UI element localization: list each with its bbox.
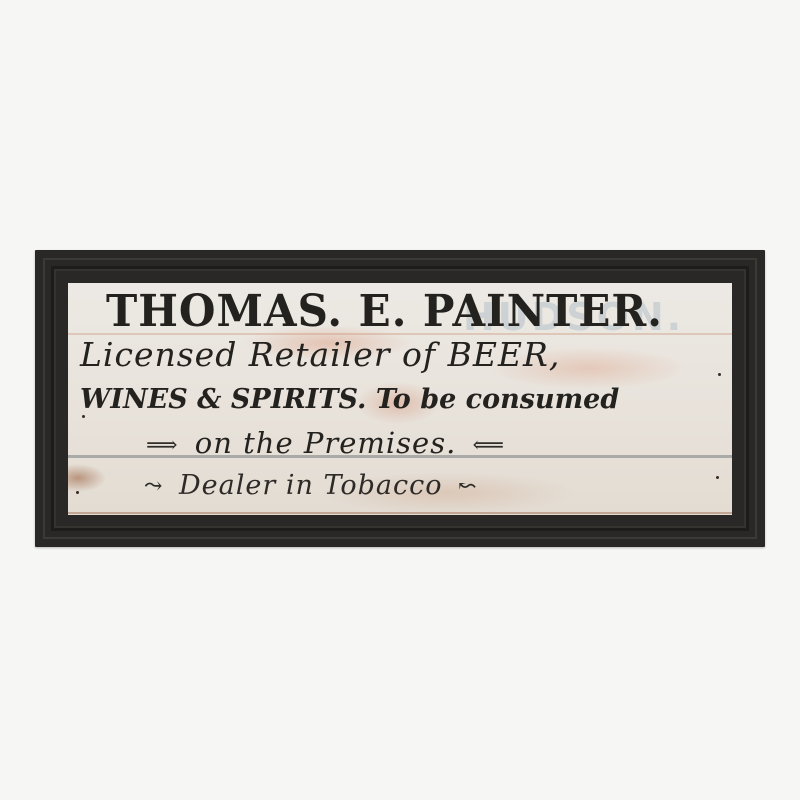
sign-line-premises: ⟹ on the Premises. ⟸ (140, 426, 511, 460)
nail-hole (716, 476, 719, 479)
arrow-flourish-left-icon: ⟹ (146, 433, 179, 458)
plank-seam (68, 512, 732, 514)
scroll-flourish-left-icon: ⤳ (144, 474, 163, 499)
nail-hole (82, 415, 85, 418)
nail-hole (718, 373, 721, 376)
arrow-flourish-right-icon: ⟸ (473, 433, 506, 458)
painted-sign-panel: HUDSON. THOMAS. E. PAINTER. Licensed Ret… (68, 283, 732, 515)
sign-title: THOMAS. E. PAINTER. (106, 285, 663, 336)
sign-line-licensed: Licensed Retailer of BEER, (80, 335, 560, 374)
sign-line-tobacco: ⤳ Dealer in Tobacco ↜ (138, 470, 484, 501)
tobacco-text: Dealer in Tobacco (179, 470, 442, 501)
scroll-flourish-right-icon: ↜ (458, 474, 477, 499)
picture-frame: HUDSON. THOMAS. E. PAINTER. Licensed Ret… (35, 250, 765, 547)
nail-hole (76, 491, 79, 494)
sign-line-wines: WINES & SPIRITS. To be consumed (80, 384, 619, 415)
premises-text: on the Premises. (195, 426, 457, 460)
